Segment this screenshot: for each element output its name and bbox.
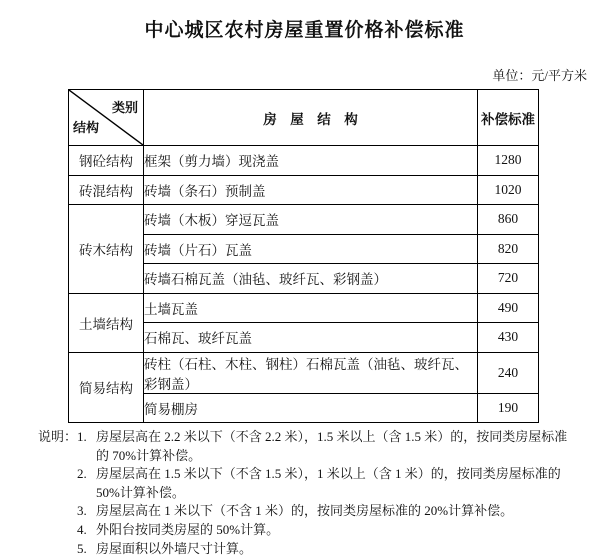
structure-cell: 砖墙（片石）瓦盖 [144, 234, 478, 264]
diagonal-header-cell: 类别 结构 [69, 90, 144, 146]
standard-cell: 720 [478, 264, 539, 294]
structure-cell: 简易棚房 [144, 393, 478, 423]
note-text: 外阳台按同类房屋的 50%计算。 [96, 521, 568, 540]
note-text: 房屋面积以外墙尺寸计算。 [96, 540, 568, 557]
note-number: 5. [77, 540, 96, 557]
diagonal-label-structure: 结构 [73, 117, 99, 136]
structure-cell: 框架（剪力墙）现浇盖 [144, 146, 478, 176]
table-row: 砖木结构 砖墙（木板）穿逗瓦盖 860 [69, 205, 539, 235]
note-item: 3. 房屋层高在 1 米以下（不含 1 米）的，按同类房屋标准的 20%计算补偿… [77, 502, 568, 521]
structure-cell: 土墙瓦盖 [144, 293, 478, 323]
table-row: 简易结构 砖柱（石柱、木柱、钢柱）石棉瓦盖（油毡、玻纤瓦、彩钢盖） 240 [69, 352, 539, 393]
note-item: 5. 房屋面积以外墙尺寸计算。 [77, 540, 568, 557]
note-item: 1. 房屋层高在 2.2 米以下（不含 2.2 米），1.5 米以上（含 1.5… [77, 428, 568, 465]
category-cell: 钢砼结构 [69, 146, 144, 176]
table-row: 砖混结构 砖墙（条石）预制盖 1020 [69, 175, 539, 205]
column-header-structure: 房 屋 结 构 [144, 90, 478, 146]
standard-cell: 860 [478, 205, 539, 235]
diagonal-label-category: 类别 [112, 97, 138, 116]
table-row: 钢砼结构 框架（剪力墙）现浇盖 1280 [69, 146, 539, 176]
standard-cell: 820 [478, 234, 539, 264]
structure-cell: 砖墙（条石）预制盖 [144, 175, 478, 205]
notes-list: 1. 房屋层高在 2.2 米以下（不含 2.2 米），1.5 米以上（含 1.5… [77, 428, 568, 557]
structure-cell: 砖墙（木板）穿逗瓦盖 [144, 205, 478, 235]
standard-cell: 1280 [478, 146, 539, 176]
structure-cell: 石棉瓦、玻纤瓦盖 [144, 323, 478, 353]
category-cell: 砖木结构 [69, 205, 144, 294]
standard-cell: 490 [478, 293, 539, 323]
notes-label: 说明： [38, 428, 77, 447]
note-number: 2. [77, 465, 96, 484]
note-item: 2. 房屋层高在 1.5 米以下（不含 1.5 米），1 米以上（含 1 米）的… [77, 465, 568, 502]
structure-cell: 砖柱（石柱、木柱、钢柱）石棉瓦盖（油毡、玻纤瓦、彩钢盖） [144, 352, 478, 393]
note-item: 4. 外阳台按同类房屋的 50%计算。 [77, 521, 568, 540]
page-title: 中心城区农村房屋重置价格补偿标准 [0, 0, 609, 42]
notes-section: 说明： 1. 房屋层高在 2.2 米以下（不含 2.2 米），1.5 米以上（含… [38, 428, 568, 557]
compensation-table: 类别 结构 房 屋 结 构 补偿标准 钢砼结构 框架（剪力墙）现浇盖 1280 … [68, 89, 539, 423]
note-number: 3. [77, 502, 96, 521]
table-row: 土墙结构 土墙瓦盖 490 [69, 293, 539, 323]
document-page: 中心城区农村房屋重置价格补偿标准 单位：元/平方米 类别 结构 房 屋 结 构 … [0, 0, 609, 557]
standard-cell: 190 [478, 393, 539, 423]
category-cell: 土墙结构 [69, 293, 144, 352]
structure-cell: 砖墙石棉瓦盖（油毡、玻纤瓦、彩钢盖） [144, 264, 478, 294]
note-text: 房屋层高在 1.5 米以下（不含 1.5 米），1 米以上（含 1 米）的，按同… [96, 465, 568, 502]
standard-cell: 240 [478, 352, 539, 393]
note-number: 1. [77, 428, 96, 447]
column-header-standard: 补偿标准 [478, 90, 539, 146]
standard-cell: 430 [478, 323, 539, 353]
note-text: 房屋层高在 2.2 米以下（不含 2.2 米），1.5 米以上（含 1.5 米）… [96, 428, 568, 465]
category-cell: 砖混结构 [69, 175, 144, 205]
category-cell: 简易结构 [69, 352, 144, 423]
unit-label: 单位：元/平方米 [0, 65, 587, 84]
note-text: 房屋层高在 1 米以下（不含 1 米）的，按同类房屋标准的 20%计算补偿。 [96, 502, 568, 521]
table-header-row: 类别 结构 房 屋 结 构 补偿标准 [69, 90, 539, 146]
note-number: 4. [77, 521, 96, 540]
standard-cell: 1020 [478, 175, 539, 205]
